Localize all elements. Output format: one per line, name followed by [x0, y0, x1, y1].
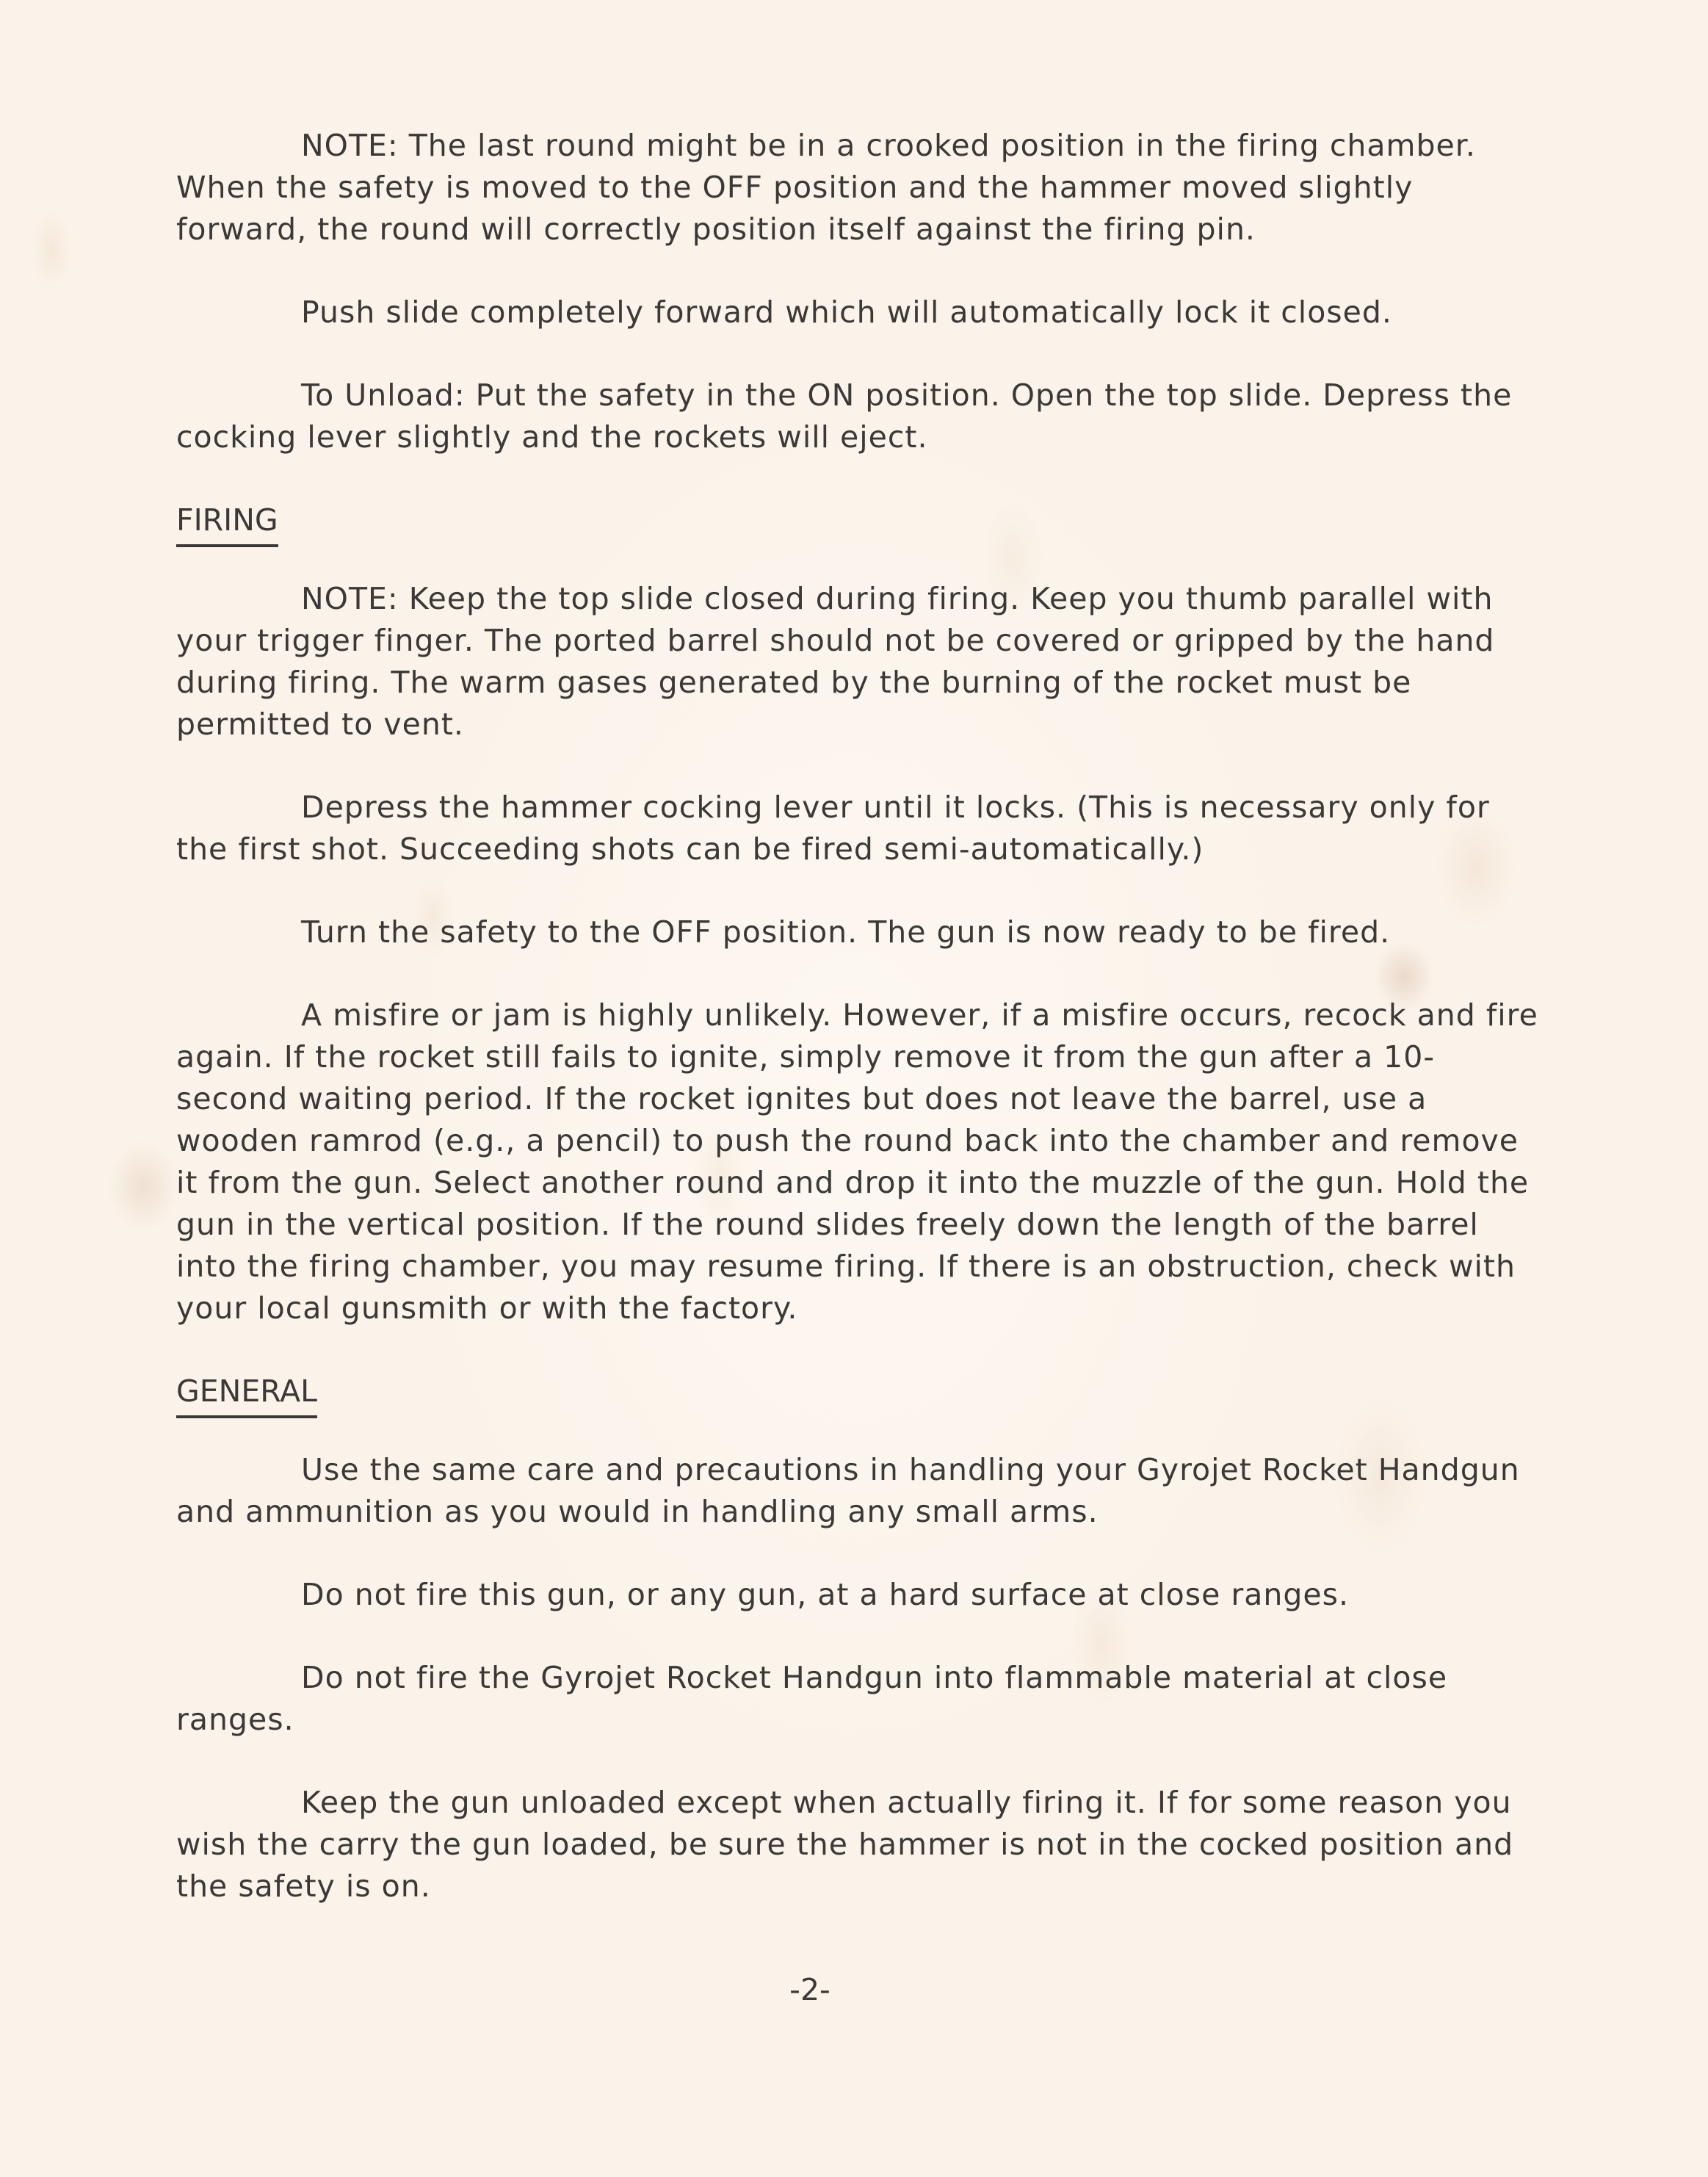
cocking-lever-paragraph: Depress the hammer cocking lever until i…	[176, 787, 1542, 870]
keep-unloaded-paragraph: Keep the gun unloaded except when actual…	[176, 1782, 1542, 1907]
misfire-paragraph: A misfire or jam is highly unlikely. How…	[176, 994, 1542, 1329]
firing-section-heading-wrap: FIRING	[176, 499, 1542, 578]
push-slide-paragraph: Push slide completely forward which will…	[176, 292, 1542, 333]
hard-surface-paragraph: Do not fire this gun, or any gun, at a h…	[176, 1574, 1542, 1616]
firing-section-heading: FIRING	[176, 499, 278, 547]
safety-off-paragraph: Turn the safety to the OFF position. The…	[176, 911, 1542, 953]
note-crooked-round-paragraph: NOTE: The last round might be in a crook…	[176, 125, 1542, 250]
firing-note-paragraph: NOTE: Keep the top slide closed during f…	[176, 578, 1542, 745]
handling-care-paragraph: Use the same care and precautions in han…	[176, 1449, 1542, 1533]
page-number: -2-	[0, 1972, 1708, 2007]
document-body: NOTE: The last round might be in a crook…	[176, 125, 1542, 1949]
flammable-material-paragraph: Do not fire the Gyrojet Rocket Handgun i…	[176, 1657, 1542, 1741]
unload-paragraph: To Unload: Put the safety in the ON posi…	[176, 375, 1542, 458]
general-section-heading-wrap: GENERAL	[176, 1371, 1542, 1449]
general-section-heading: GENERAL	[176, 1371, 317, 1418]
